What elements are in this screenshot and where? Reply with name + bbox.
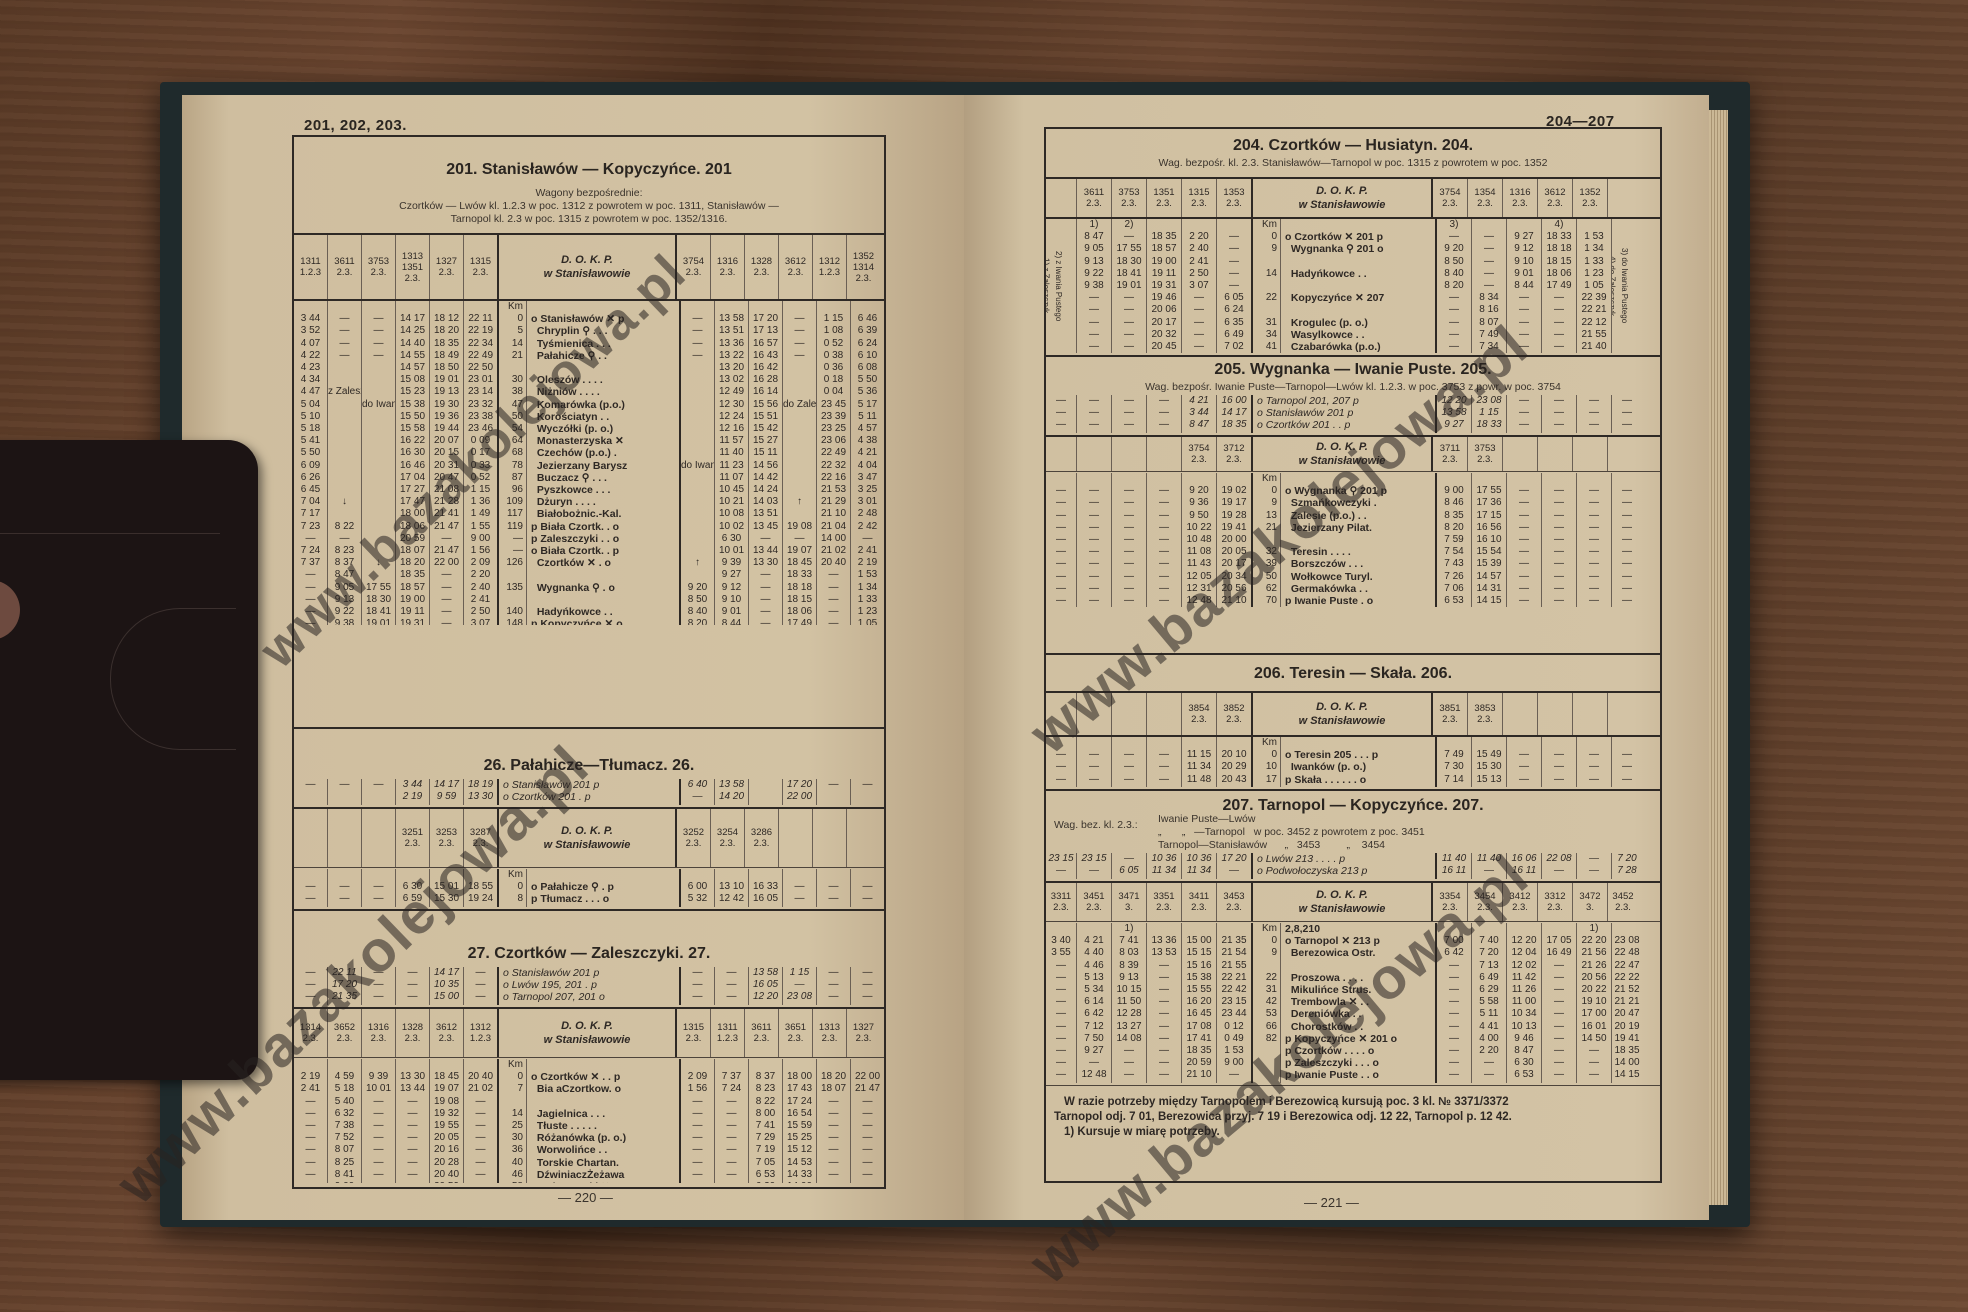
train-number: 3411 2.3.: [1182, 883, 1217, 921]
times-column: —: [328, 779, 362, 805]
train-number: 3652 2.3.: [328, 1009, 362, 1057]
times-column: — — —: [1612, 737, 1642, 787]
dokp-sub: w Stanisławowie: [1299, 902, 1386, 916]
train-number: [1077, 693, 1112, 735]
train-number: 3853 2.3.: [1468, 693, 1503, 735]
dokp-header: D. O. K. P. w Stanisławowie: [499, 809, 677, 867]
dokp-header: D. O. K. P. w Stanisławowie: [1253, 437, 1433, 471]
times-column: 23 08 1 15 18 33: [1472, 395, 1507, 433]
times-column: 10 36 11 34: [1147, 853, 1182, 879]
times-column: — — —: [464, 967, 499, 1005]
note-column: 3) do Iwania Pustego 4) do Zaleszczyk: [1612, 219, 1642, 353]
times-column: — —: [817, 869, 851, 907]
times-column: 17 20 22 00: [783, 779, 817, 805]
train-number: 3286 2.3.: [745, 809, 779, 867]
train-number: 3753 2.3.: [1112, 179, 1147, 217]
divider: [1046, 1085, 1660, 1086]
times-column: 7 37 7 24 — — — — — — — —: [715, 1059, 749, 1183]
times-column: 11 15 11 34 11 48: [1182, 737, 1217, 787]
page-number-left: — 220 —: [558, 1190, 613, 1205]
times-column: — — — — — 6 05 6 24 6 35 6 49 7 02: [1217, 219, 1253, 353]
train-number: 3471 3.: [1112, 883, 1147, 921]
train-number: 3612 2.3.: [430, 1009, 464, 1057]
train-number: 1351 2.3.: [1147, 179, 1182, 217]
train-number: 3754 2.3.: [677, 235, 711, 299]
times-column: 18 19 13 30: [464, 779, 499, 805]
dokp-header: D. O. K. P. w Stanisławowie: [1253, 693, 1433, 735]
train-number: 3453 2.3.: [1217, 883, 1253, 921]
km-column: Km 0 10 17: [1253, 737, 1281, 787]
train-number: 3711 2.3.: [1433, 437, 1468, 471]
times-column: — — —: [715, 967, 749, 1005]
train-number: 1315 2.3.: [1182, 179, 1217, 217]
train-number: [1147, 437, 1182, 471]
train-number: 3612 2.3.: [1538, 179, 1573, 217]
km-column: Km 0 9 13 21 32 39 50 62 70: [1253, 473, 1281, 607]
times-column: — —: [1577, 853, 1612, 879]
train-number: 3454 2.3.: [1468, 883, 1503, 921]
note-column: 2) z Iwania Pustego 1) z Zaleszczyk: [1046, 219, 1077, 353]
train-number: 1315 2.3.: [464, 235, 499, 299]
times-column: 11 40 —: [1472, 853, 1507, 879]
times-column: 9 27 9 12 9 10 9 01 8 44 — — — — —: [1507, 219, 1542, 353]
times-column: — —: [851, 869, 884, 907]
train-number: 1316 2.3.: [362, 1009, 396, 1057]
km-column: Km 0 9 14 22 31 34 41 46: [1253, 219, 1281, 353]
times-column: — — —: [1577, 737, 1612, 787]
times-column: 15 00 15 15 15 16 15 38 15 55 16 20 16 4…: [1182, 923, 1217, 1083]
times-column: 6 30 6 59: [396, 869, 430, 907]
train-number: 1352 1314 2.3.: [847, 235, 880, 299]
section-27-title: 27. Czortków — Zaleszczyki. 27.: [294, 945, 884, 963]
train-number: [328, 809, 362, 867]
times-column: —: [362, 779, 396, 805]
section-27-body: 2 19 2 41 — — — — — — — — 4 59 5 18 5 40…: [294, 1059, 884, 1183]
dokp-label: D. O. K. P.: [1316, 888, 1368, 902]
times-column: 6 00 5 32: [681, 869, 715, 907]
right-page: 204—207 204. Czortków — Husiatyn. 204. W…: [964, 95, 1709, 1220]
section-207-header: 3311 2.3. 3451 2.3. 3471 3. 3351 2.3. 34…: [1046, 883, 1638, 921]
train-number: 3351 2.3.: [1147, 883, 1182, 921]
times-column: 21 35 21 54 21 55 22 21 22 42 23 15 23 4…: [1217, 923, 1253, 1083]
times-column: — — —: [1046, 737, 1077, 787]
times-column: — —: [294, 869, 328, 907]
train-number: 3852 2.3.: [1217, 693, 1253, 735]
times-column: — — — — — — — — — —: [1507, 473, 1542, 607]
divider: [294, 1057, 884, 1058]
times-column: 23 08 22 48 22 47 22 22 21 52 21 21 20 4…: [1612, 923, 1642, 1083]
times-column: 3) — 9 20 8 50 8 40 8 20 — — — — —: [1437, 219, 1472, 353]
wallet-flap: [110, 608, 236, 750]
dokp-label: D. O. K. P.: [561, 824, 613, 838]
train-number: [1147, 693, 1182, 735]
times-column: 7 20 7 28: [1612, 853, 1642, 879]
times-column: 22 00 21 47 — — — — — — — —: [851, 1059, 884, 1183]
dokp-sub: w Stanisławowie: [1299, 454, 1386, 468]
dokp-sub: w Stanisławowie: [544, 1033, 631, 1047]
divider: [294, 727, 884, 729]
train-number: [1046, 437, 1077, 471]
train-number: [1608, 437, 1638, 471]
dokp-sub: w Stanisławowie: [544, 838, 631, 852]
divider: [294, 867, 884, 868]
train-number: 3851 2.3.: [1433, 693, 1468, 735]
section-26-header: 3251 2.3. 3253 2.3. 3287 2.3. D. O. K. P…: [294, 809, 880, 867]
times-column: — — — — do Zaleszczyk ↑ 19 08 — 19 07 18…: [783, 301, 817, 625]
times-column: — — — — — 8 34 8 16 8 07 7 49 7 34: [1472, 219, 1507, 353]
footnote-3: 1) Kursuje w miarę potrzeby.: [1064, 1125, 1220, 1140]
times-column: 22 11 22 19 22 34 22 49 22 50 23 01 23 1…: [464, 301, 499, 625]
times-column: 17 55 17 36 17 15 16 56 16 10 15 54 15 3…: [1472, 473, 1507, 607]
times-column: 9 39 10 01 — — — — — — — —: [362, 1059, 396, 1183]
times-column: 18 35 18 57 19 00 19 11 19 31 19 46 20 0…: [1147, 219, 1182, 353]
train-number: 1316 2.3.: [711, 235, 745, 299]
dokp-sub: w Stanisławowie: [1299, 714, 1386, 728]
times-column: 16 06 16 11: [1507, 853, 1542, 879]
train-number: 1314 2.3.: [294, 1009, 328, 1057]
times-column: 16 00 14 17 18 35: [1217, 395, 1253, 433]
times-column: 4 59 5 18 5 40 6 32 7 38 7 52 8 07 8 25 …: [328, 1059, 362, 1183]
train-number: [1608, 179, 1638, 217]
divider: [294, 909, 884, 911]
times-column: 16 33 16 05: [749, 869, 783, 907]
section-207-note-1: Iwanie Puste—Lwów: [1158, 813, 1255, 826]
train-number: 1313 2.3.: [813, 1009, 847, 1057]
times-column: — — —: [396, 967, 430, 1005]
section-206-body: — — — — — — — — — — — — 11 15 11 34 11 4…: [1046, 737, 1642, 787]
train-number: 3611 2.3.: [1077, 179, 1112, 217]
train-number: [1046, 693, 1077, 735]
times-column: — 6 05: [1112, 853, 1147, 879]
times-column: 3 40 3 55 — — — — — — — — — —: [1046, 923, 1077, 1083]
times-column: 7 00 6 42 — — — — — — — — — —: [1437, 923, 1472, 1083]
section-205-header: 3754 2.3. 3712 2.3. D. O. K. P. w Stanis…: [1046, 437, 1638, 471]
times-column: 14 17 14 25 14 40 14 55 14 57 15 08 15 2…: [396, 301, 430, 625]
train-number: 3753 2.3.: [1468, 437, 1503, 471]
times-column: — —: [328, 869, 362, 907]
connection-stations: o Tarnopol 201, 207 p o Stanisławów 201 …: [1253, 395, 1437, 433]
train-number: [362, 809, 396, 867]
train-number: 3452 2.3.: [1608, 883, 1638, 921]
times-column: — — — — z Zaleszczyk ↓ 8 22 — 8 23 8 37 …: [328, 301, 362, 625]
times-column: 13 36 13 53 — — — — — — — — — —: [1147, 923, 1182, 1083]
stations-column: o Czortków ✕ 201 p Wygnanka ⚲ 201 o Hady…: [1281, 219, 1437, 353]
km-column: Km 0 8: [499, 869, 527, 907]
dokp-sub: w Stanisławowie: [544, 267, 631, 281]
train-number: 3311 2.3.: [1046, 883, 1077, 921]
train-number: 3412 2.3.: [1503, 883, 1538, 921]
section-201-title: 201. Stanisławów — Kopyczyńce. 201: [294, 161, 884, 179]
section-207-note-3: Tarnopol—Stanisławów „ 3453 „ 3454: [1158, 839, 1385, 852]
stations-column: o Teresin 205 . . . p Iwanków (p. o.) p …: [1281, 737, 1437, 787]
times-column: 1 15 1 08 0 52 0 38 0 36 0 18 0 04 23 45…: [817, 301, 851, 625]
times-column: 3 44 3 52 4 07 4 22 4 23 4 34 4 47 5 04 …: [294, 301, 328, 625]
section-27-header: 1314 2.3. 3652 2.3. 1316 2.3. 1328 2.3. …: [294, 1009, 880, 1057]
section-205-body: — — — — — — — — — — — — — — — — — — — — …: [1046, 473, 1642, 607]
times-column: 23 15 —: [1077, 853, 1112, 879]
train-number: [1573, 437, 1608, 471]
train-number: 3611 2.3.: [745, 1009, 779, 1057]
times-column: 4) 18 33 18 18 18 15 18 06 17 49 — — — —…: [1542, 219, 1577, 353]
train-number: [1112, 693, 1147, 735]
dokp-sub: w Stanisławowie: [1299, 198, 1386, 212]
train-number: [813, 809, 847, 867]
train-number: 3253 2.3.: [430, 809, 464, 867]
times-column: — — —: [294, 967, 328, 1005]
dokp-label: D. O. K. P.: [561, 1019, 613, 1033]
times-column: — — —: [1577, 395, 1612, 433]
times-column: 18 00 17 43 17 24 16 54 15 59 15 25 15 1…: [783, 1059, 817, 1183]
times-column: — — — — — — — — — —: [1147, 473, 1182, 607]
page-number-right: — 221 —: [1304, 1195, 1359, 1210]
times-column: 6 46 6 39 6 24 6 10 6 08 5 50 5 36 5 17 …: [851, 301, 884, 625]
section-207-body: 3 40 3 55 — — — — — — — — — — 4 21 4 40 …: [1046, 923, 1642, 1083]
times-column: — — —: [1077, 395, 1112, 433]
times-column: 4 21 4 40 4 46 5 13 5 34 6 14 6 42 7 12 …: [1077, 923, 1112, 1083]
section-205-connections: — — — — — — — — — — — — 4 21 3 44 8 47 1…: [1046, 395, 1642, 433]
section-205-note: Wag. bezpośr. Iwanie Puste—Tarnopol—Lwów…: [1046, 381, 1660, 394]
section-26-connections: — — — 3 44 2 19 14 17 9 59 18 19 13 30 o…: [294, 779, 884, 805]
times-column: 15 01 15 30: [430, 869, 464, 907]
times-column: 1 53 1 34 1 33 1 23 1 05 22 39 22 21 22 …: [1577, 219, 1612, 353]
times-column: — — — — — — — — — —: [1577, 473, 1612, 607]
times-column: 2) — 17 55 18 30 18 41 19 01 — — — — —: [1112, 219, 1147, 353]
section-207-note-label: Wag. bez. kl. 2.3.:: [1054, 819, 1138, 832]
times-column: 1) 22 20 21 56 21 26 20 56 20 22 19 10 1…: [1577, 923, 1612, 1083]
times-column: 14 17 10 35 15 00: [430, 967, 464, 1005]
times-column: 18 55 19 24: [464, 869, 499, 907]
train-number: [1503, 437, 1538, 471]
train-number: [1573, 693, 1608, 735]
stations-column: o Pałahicze ⚲ . p p Tłumacz . . . o: [527, 869, 681, 907]
footnote-1: W razie potrzeby między Tarnopolem i Ber…: [1064, 1095, 1509, 1110]
train-number: 3754 2.3.: [1182, 437, 1217, 471]
train-number: 1354 2.3.: [1468, 179, 1503, 217]
section-201-note-1: Wagony bezpośrednie:: [294, 187, 884, 200]
times-column: 15 49 15 30 15 13: [1472, 737, 1507, 787]
section-201-note-2: Czortków — Lwów kl. 1.2.3 w poc. 1312 z …: [294, 200, 884, 213]
train-number: [1503, 693, 1538, 735]
train-number: 1312 1.2.3: [813, 235, 847, 299]
times-column: 9 20 9 36 9 50 10 22 10 48 11 08 11 43 1…: [1182, 473, 1217, 607]
divider: [1046, 653, 1660, 655]
times-column: 2 20 2 40 2 41 2 50 3 07 — — — — —: [1182, 219, 1217, 353]
footnote-2: Tarnopol odj. 7 01, Berezowica przyj. 7 …: [1054, 1110, 1512, 1125]
section-205-title: 205. Wygnanka — Iwanie Puste. 205.: [1046, 361, 1660, 379]
dokp-header: D. O. K. P. w Stanisławowie: [1253, 179, 1433, 217]
section-27-connections: — — — 22 11 17 20 21 35 — — — — — — 14 1…: [294, 967, 884, 1005]
times-column: —: [817, 779, 851, 805]
times-column: —: [851, 779, 884, 805]
times-column: 20 40 21 02 — — — — — — — —: [464, 1059, 499, 1183]
train-number: 3754 2.3.: [1433, 179, 1468, 217]
connection-stations: o Stanisławów 201 p o Czortków 201 . p: [499, 779, 681, 805]
section-207-title: 207. Tarnopol — Kopyczyńce. 207.: [1046, 797, 1660, 815]
section-204-header: 3611 2.3. 3753 2.3. 1351 2.3. 1315 2.3. …: [1046, 179, 1638, 217]
times-column: — — — — — — — — — —: [1077, 473, 1112, 607]
times-column: 7 49 7 30 7 14: [1437, 737, 1472, 787]
train-number: 3451 2.3.: [1077, 883, 1112, 921]
train-number: 1311 1.2.3: [711, 1009, 745, 1057]
train-number: 1352 2.3.: [1573, 179, 1608, 217]
times-column: 2 09 1 56 — — — — — — — —: [681, 1059, 715, 1183]
divider: [1046, 789, 1660, 791]
times-column: — — —: [851, 967, 884, 1005]
times-column: — — —: [1147, 395, 1182, 433]
train-number: [294, 809, 328, 867]
times-column: — — —: [1147, 737, 1182, 787]
km-column: Km 0 9 22 31 42 53 66 82: [1253, 923, 1281, 1083]
train-number: 3287 2.3.: [464, 809, 499, 867]
leather-wallet: [0, 440, 258, 1080]
train-number: 1327 2.3.: [430, 235, 464, 299]
train-number: 3354 2.3.: [1433, 883, 1468, 921]
section-201-body: 3 44 3 52 4 07 4 22 4 23 4 34 4 47 5 04 …: [294, 301, 884, 625]
times-column: 4 21 3 44 8 47: [1182, 395, 1217, 433]
times-column: —: [294, 779, 328, 805]
section-204-title: 204. Czortków — Husiatyn. 204.: [1046, 137, 1660, 155]
train-number: [1538, 693, 1573, 735]
train-number: 1328 2.3.: [396, 1009, 430, 1057]
train-number: 3712 2.3.: [1217, 437, 1253, 471]
times-column: 18 20 18 07 — — — — — — — —: [817, 1059, 851, 1183]
running-head-left: 201, 202, 203.: [304, 117, 407, 134]
connection-stations: o Lwów 213 . . . . p o Podwołoczyska 213…: [1253, 853, 1437, 879]
train-number: [779, 809, 813, 867]
times-column: 17 20 —: [1217, 853, 1253, 879]
train-number: [847, 809, 880, 867]
section-201-header: 1311 1.2.3 3611 2.3. 3753 2.3. 1313 1351…: [294, 235, 880, 299]
times-column: 9 00 8 46 8 35 8 20 7 59 7 54 7 43 7 26 …: [1437, 473, 1472, 607]
times-column: 10 36 11 34: [1182, 853, 1217, 879]
times-column: — — —: [817, 967, 851, 1005]
times-column: — — — — — — — — — —: [1046, 473, 1077, 607]
train-number: [1112, 437, 1147, 471]
times-column: — — —: [1507, 395, 1542, 433]
times-column: 7 40 7 20 7 13 6 49 6 29 5 58 5 11 4 41 …: [1472, 923, 1507, 1083]
train-number: 3251 2.3.: [396, 809, 430, 867]
times-column: 2 19 2 41 — — — — — — — —: [294, 1059, 328, 1183]
times-column: — — — — — — — — — —: [1542, 473, 1577, 607]
times-column: 1 15 — 23 08: [783, 967, 817, 1005]
stations-column: o Wygnanka ⚲ 201 p Szmańkowczyki . Zales…: [1281, 473, 1437, 607]
times-column: 13 58 14 20: [715, 779, 749, 805]
train-number: [1608, 693, 1638, 735]
times-column: — — —: [681, 967, 715, 1005]
times-column: — — —: [1542, 395, 1577, 433]
train-number: 3612 2.3.: [779, 235, 813, 299]
section-26-title: 26. Pałahicze—Tłumacz. 26.: [294, 757, 884, 775]
times-column: 19 02 19 17 19 28 19 41 20 00 20 05 20 1…: [1217, 473, 1253, 607]
times-column: — — —: [1542, 737, 1577, 787]
section-206-title: 206. Teresin — Skała. 206.: [1046, 665, 1660, 683]
times-column: — — —: [362, 967, 396, 1005]
dokp-label: D. O. K. P.: [1316, 440, 1368, 454]
times-column: 11 40 16 11: [1437, 853, 1472, 879]
times-column: — — —: [1507, 737, 1542, 787]
train-number: 1312 1.2.3: [464, 1009, 499, 1057]
times-column: 13 10 12 42: [715, 869, 749, 907]
dokp-header: D. O. K. P. w Stanisławowie: [499, 1009, 677, 1057]
times-column: 13 58 13 51 13 36 13 22 13 20 13 02 12 4…: [715, 301, 749, 625]
dokp-header: D. O. K. P. w Stanisławowie: [1253, 883, 1433, 921]
times-column: — —: [362, 869, 396, 907]
train-number: 3252 2.3.: [677, 809, 711, 867]
train-number: [1077, 437, 1112, 471]
times-column: — — — — do Iwania Pustego ↓ 17 55 18 30 …: [362, 301, 396, 625]
times-column: 17 05 16 49 — — — — — — — — — —: [1542, 923, 1577, 1083]
times-column: 22 08 —: [1542, 853, 1577, 879]
section-207-connections: 23 15 — 23 15 — — 6 05 10 36 11 34 10 36…: [1046, 853, 1642, 879]
times-column: — — —: [1077, 737, 1112, 787]
times-column: 18 45 19 07 19 08 19 32 19 55 20 05 20 1…: [430, 1059, 464, 1183]
times-column: 22 11 17 20 21 35: [328, 967, 362, 1005]
connection-stations: o Stanisławów 201 p o Lwów 195, 201 . p …: [499, 967, 681, 1005]
train-number: 1353 2.3.: [1217, 179, 1253, 217]
times-column: 20 10 20 29 20 43: [1217, 737, 1253, 787]
km-column: Km 0 5 14 21 30 38 47 50 54 64 68 78 87 …: [499, 301, 527, 625]
times-column: 13 30 13 44 — — — — — — — —: [396, 1059, 430, 1183]
divider: [1046, 471, 1660, 472]
divider: [1046, 355, 1660, 357]
times-column: 18 12 18 20 18 35 18 49 18 50 19 01 19 1…: [430, 301, 464, 625]
train-number: 3611 2.3.: [328, 235, 362, 299]
times-column: — — —: [1112, 737, 1147, 787]
dokp-label: D. O. K. P.: [561, 253, 613, 267]
timetable-frame-right: 204. Czortków — Husiatyn. 204. Wag. bezp…: [1044, 127, 1662, 1183]
times-column: — — —: [1112, 395, 1147, 433]
train-number: 1313 1351 2.3.: [396, 235, 430, 299]
times-column: 12 20 13 58 9 27: [1437, 395, 1472, 433]
dokp-label: D. O. K. P.: [1316, 700, 1368, 714]
train-number: 1327 2.3.: [847, 1009, 880, 1057]
times-column: 1) 7 41 8 03 8 39 9 13 10 15 11 50 12 28…: [1112, 923, 1147, 1083]
times-column: 12 20 12 04 12 02 11 42 11 26 11 00 10 3…: [1507, 923, 1542, 1083]
divider: [1046, 921, 1660, 922]
wallet-stitch: [0, 533, 220, 534]
section-201-note-3: Tarnopol kl. 2.3 w poc. 1315 z powrotem …: [294, 213, 884, 226]
train-number: 3254 2.3.: [711, 809, 745, 867]
section-204-note: Wag. bezpośr. kl. 2.3. Stanisławów—Tarno…: [1046, 157, 1660, 170]
times-column: 8 37 8 23 8 22 8 00 7 41 7 29 7 19 7 05 …: [749, 1059, 783, 1183]
times-column: 13 58 16 05 12 20: [749, 967, 783, 1005]
stations-column: 2,8,210 o Tarnopol ✕ 213 p Berezowica Os…: [1281, 923, 1437, 1083]
times-column: — — — — do Iwania Pustego ↑ 9 20 8 50 8 …: [681, 301, 715, 625]
train-number: 3472 3.: [1573, 883, 1608, 921]
timetable-frame-left: 201. Stanisławów — Kopyczyńce. 201 Wagon…: [292, 135, 886, 1189]
times-column: — — — — — — — — — —: [1612, 473, 1642, 607]
stations-column: o Czortków ✕ . . p Bia aCzortkow. o Jagi…: [527, 1059, 681, 1183]
train-number: 3753 2.3.: [362, 235, 396, 299]
times-column: — — —: [1046, 395, 1077, 433]
dokp-label: D. O. K. P.: [1316, 184, 1368, 198]
train-number: 3312 2.3.: [1538, 883, 1573, 921]
left-page: 201, 202, 203. 201. Stanisławów — Kopycz…: [182, 95, 964, 1220]
km-column: Km 0 7 14 25 30 36 40 46 58: [499, 1059, 527, 1183]
times-column: 3 44 2 19: [396, 779, 430, 805]
stations-column: o Stanisławów ✕ p Chryplin ⚲ . . . Tyśmi…: [527, 301, 681, 625]
train-number: [1538, 437, 1573, 471]
section-26-body: — — — — — — 6 30 6 59 15 01 15 30 18 55 …: [294, 869, 884, 907]
train-number: 3651 2.3.: [779, 1009, 813, 1057]
train-number: [1046, 179, 1077, 217]
train-number: 1316 2.3.: [1503, 179, 1538, 217]
times-column: — — — — — — — — — —: [1112, 473, 1147, 607]
times-column: — — —: [1612, 395, 1642, 433]
times-column: 23 15 —: [1046, 853, 1077, 879]
section-206-header: 3854 2.3. 3852 2.3. D. O. K. P. w Stanis…: [1046, 693, 1638, 735]
train-number: 1311 1.2.3: [294, 235, 328, 299]
